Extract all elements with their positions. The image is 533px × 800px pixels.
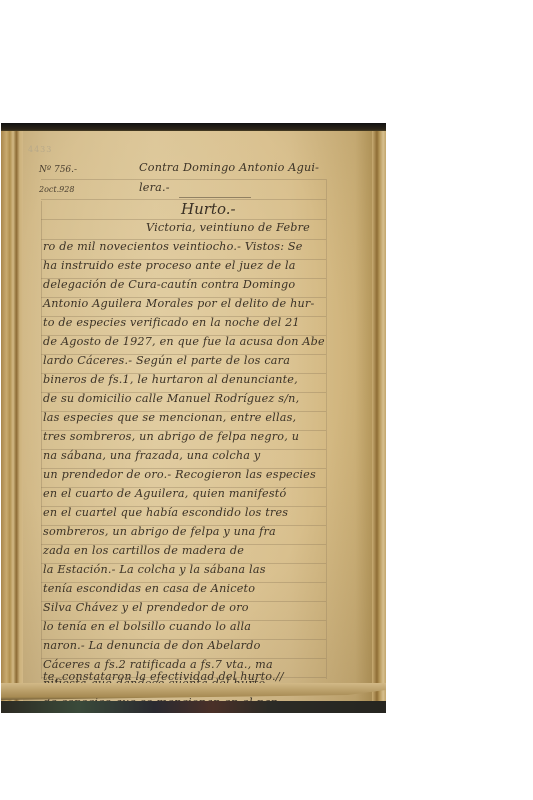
- body-line: la Estación.- La colcha y la sábana las: [43, 563, 266, 576]
- body-line: en el cuarto de Aguilera, quien manifest…: [43, 487, 286, 500]
- body-line: lardo Cáceres.- Según el parte de los ca…: [43, 354, 290, 367]
- body-line: las especies que se mencionan, entre ell…: [43, 411, 296, 424]
- case-date: 2oct.928: [39, 185, 74, 194]
- ledger-page: 4433: [1, 131, 386, 701]
- body-line: Antonio Aguilera Morales por el delito d…: [43, 297, 314, 310]
- bottom-strip: [1, 701, 386, 713]
- body-line: na sábana, una frazada, una colcha y: [43, 449, 260, 462]
- body-line-final: te, constataron la efectividad del hurto…: [43, 670, 284, 683]
- body-line: to de especies verificado en la noche de…: [43, 316, 300, 329]
- right-margin-line: [326, 179, 327, 679]
- heading-line: lera.-: [139, 181, 170, 194]
- document-photo: 4433: [1, 123, 386, 713]
- body-line: sombreros, un abrigo de felpa y una fra: [43, 525, 276, 538]
- body-line: en el cuartel que había escondido los tr…: [43, 506, 288, 519]
- book-binding: [1, 131, 23, 701]
- body-line: ha instruido este proceso ante el juez d…: [43, 259, 296, 272]
- heading-line: Contra Domingo Antonio Agui-: [139, 161, 319, 174]
- document-title: Hurto.-: [181, 200, 236, 218]
- page-stamp: 4433: [28, 145, 52, 154]
- body-line: zada en los cartillos de madera de: [43, 544, 244, 557]
- body-line: bineros de fs.1, le hurtaron al denuncia…: [43, 373, 298, 386]
- body-line: delegación de Cura-cautín contra Domingo: [43, 278, 295, 291]
- body-line: de Agosto de 1927, en que fue la acusa d…: [43, 335, 325, 348]
- body-line: Victoria, veintiuno de Febre: [146, 221, 310, 234]
- body-line: ro de mil novecientos veintiocho.- Visto…: [43, 240, 303, 253]
- body-line: naron.- La denuncia de don Abelardo: [43, 639, 261, 652]
- body-line: Silva Chávez y el prendedor de oro: [43, 601, 249, 614]
- body-line: un prendedor de oro.- Recogieron las esp…: [43, 468, 316, 481]
- left-margin-line: [41, 201, 42, 679]
- page-right-edge: [372, 131, 386, 701]
- body-line: tres sombreros, un abrigo de felpa negro…: [43, 430, 299, 443]
- body-line: lo tenía en el bolsillo cuando lo alla: [43, 620, 251, 633]
- title-underline: [179, 197, 251, 198]
- body-line: de su domicilio calle Manuel Rodríguez s…: [43, 392, 299, 405]
- body-line: tenía escondidas en casa de Aniceto: [43, 582, 255, 595]
- case-number: Nº 756.-: [39, 165, 77, 175]
